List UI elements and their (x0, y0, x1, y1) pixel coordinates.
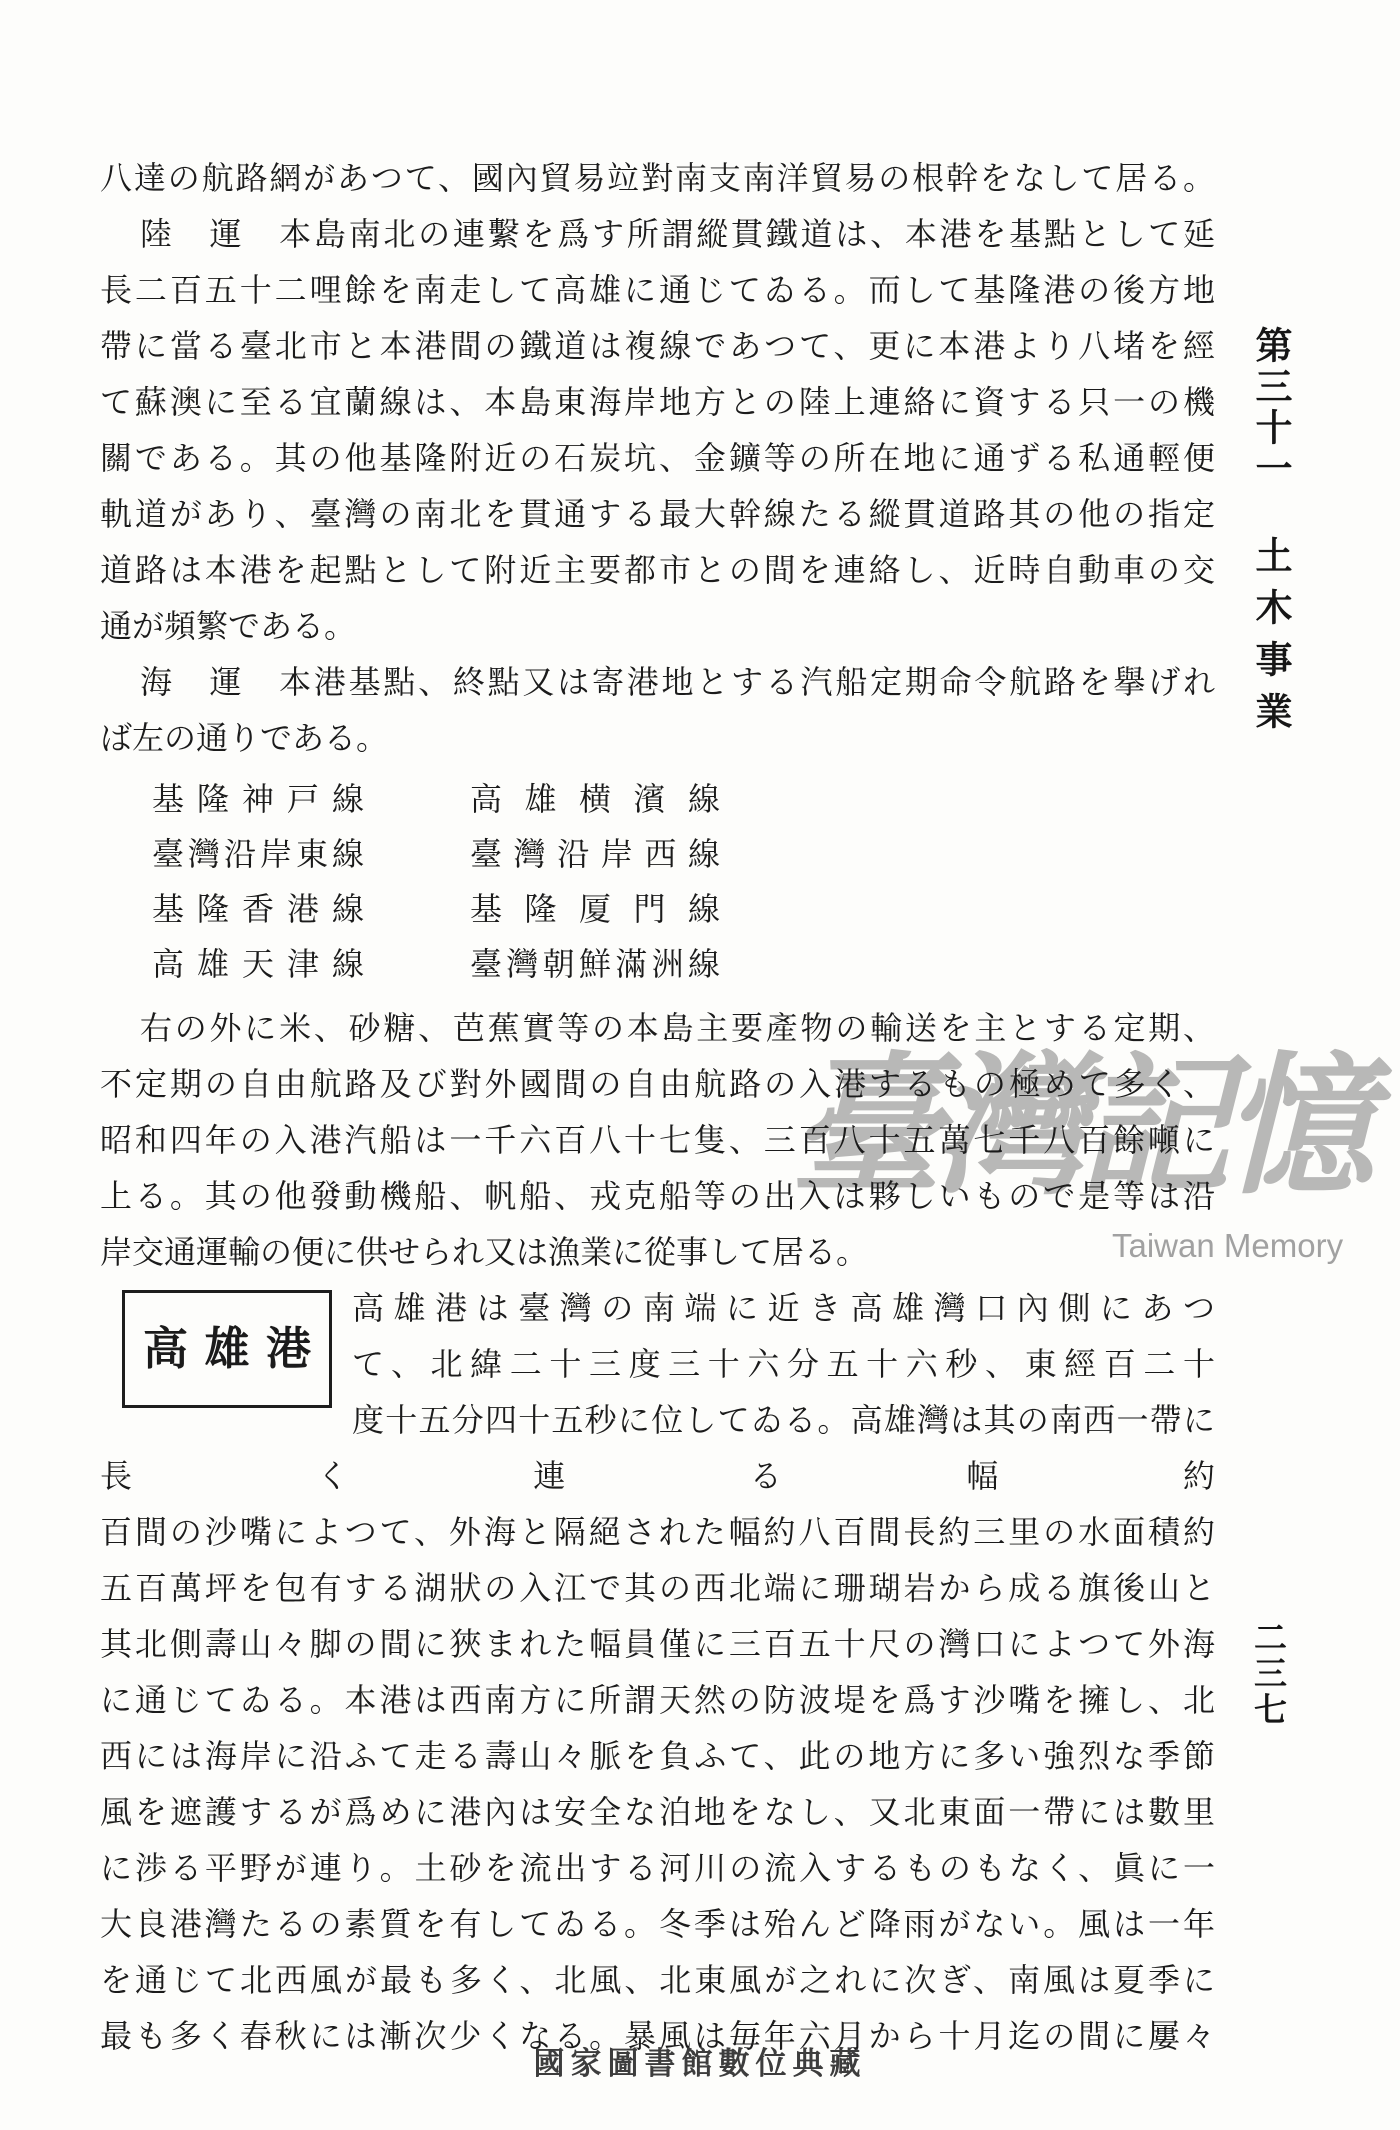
page-number: 二三七 (1244, 1620, 1291, 1728)
body-line: 昭和四年の入港汽船は一千六百八十七隻、三百八十五萬七千八百餘噸に (100, 1112, 1215, 1168)
footer-caption: 國家圖書館數位典藏 (0, 2038, 1400, 2083)
shipping-route-item: 高雄横濱線 (470, 772, 720, 827)
section-title-box: 高雄港 (122, 1290, 332, 1408)
body-line: 五百萬坪を包有する湖狀の入江で其の西北端に珊瑚岩から成る旗後山と (100, 1560, 1215, 1616)
body-line: 西には海岸に沿ふて走る壽山々脈を負ふて、此の地方に多い強烈な季節 (100, 1728, 1215, 1784)
body-line-land-transport-heading: 陸 運 本島南北の連繫を爲す所謂縱貫鐵道は、本港を基點として延 (100, 206, 1215, 262)
body-line: 度十五分四十五秒に位してゐる。高雄灣は其の南西一帶に長く連る幅約 (100, 1392, 1215, 1504)
shipping-routes-row: 基隆香港線 基隆厦門線 (100, 882, 1215, 937)
body-line: 風を遮護するが爲めに港內は安全な泊地をなし、又北東面一帶には數里 (100, 1784, 1215, 1840)
chapter-number-label: 第三十一 (1249, 326, 1290, 490)
body-line: 不定期の自由航路及び對外國間の自由航路の入港するもの極めて多く、 (100, 1056, 1215, 1112)
shipping-route-item: 臺灣沿岸東線 (152, 827, 364, 882)
body-line: 百間の沙嘴によつて、外海と隔絕された幅約八百間長約三里の水面積約 (100, 1504, 1215, 1560)
body-line: 大良港灣たるの素質を有してゐる。冬季は殆んど降雨がない。風は一年 (100, 1896, 1215, 1952)
body-line: に通じてゐる。本港は西南方に所謂天然の防波堤を爲す沙嘴を擁し、北 (100, 1672, 1215, 1728)
shipping-route-item: 基隆厦門線 (470, 882, 720, 937)
body-line: 八達の航路網があつて、國內貿易竝對南支南洋貿易の根幹をなして居る。 (100, 150, 1215, 206)
shipping-routes-row: 高雄天津線 臺灣朝鮮滿洲線 (100, 937, 1215, 992)
body-line: 帶に當る臺北市と本港間の鐵道は複線であつて、更に本港より八堵を經 (100, 318, 1215, 374)
body-line: 通が頻繁である。 (100, 598, 1215, 654)
body-line-sea-transport-heading: 海 運 本港基點、終點又は寄港地とする汽船定期命令航路を擧げれ (100, 654, 1215, 710)
shipping-route-item: 高雄天津線 (152, 937, 364, 992)
body-line: て蘇澳に至る宜蘭線は、本島東海岸地方との陸上連絡に資する只一の機 (100, 374, 1215, 430)
body-line: 軌道があり、臺灣の南北を貫通する最大幹線たる縱貫道路其の他の指定 (100, 486, 1215, 542)
shipping-route-item: 基隆神戸線 (152, 772, 364, 827)
section-title-takao-port: 高雄港 (143, 1327, 311, 1372)
shipping-route-item: 臺灣沿岸西線 (470, 827, 720, 882)
body-line: に渉る平野が連り。土砂を流出する河川の流入するものもなく、眞に一 (100, 1840, 1215, 1896)
body-line: を通じて北西風が最も多く、北風、北東風が之れに次ぎ、南風は夏季に (100, 1952, 1215, 2008)
body-line: ば左の通りである。 (100, 710, 1215, 766)
shipping-routes-list: 基隆神戸線 高雄横濱線 臺灣沿岸東線 臺灣沿岸西線 基隆香港線 基隆厦門線 高雄… (100, 772, 1215, 992)
body-line: 上る。其の他發動機船、帆船、戎克船等の出入は夥しいもので是等は沿 (100, 1168, 1215, 1224)
scanned-book-page: 臺灣記憶 Taiwan Memory 第三十一土木事業 二三七 八達の航路網があ… (0, 0, 1400, 2130)
body-line: 關である。其の他基隆附近の石炭坑、金鑛等の所在地に通ずる私通輕便 (100, 430, 1215, 486)
shipping-route-item: 基隆香港線 (152, 882, 364, 937)
body-line: 岸交通運輸の便に供せられ又は漁業に從事して居る。 (100, 1224, 1215, 1280)
body-line: 長二百五十二哩餘を南走して高雄に通じてゐる。而して基隆港の後方地 (100, 262, 1215, 318)
body-line: 其北側壽山々脚の間に狹まれた幅員僅に三百五十尺の灣口によつて外海 (100, 1616, 1215, 1672)
chapter-title-label: 土木事業 (1242, 536, 1296, 744)
shipping-routes-row: 基隆神戸線 高雄横濱線 (100, 772, 1215, 827)
body-text-column: 八達の航路網があつて、國內貿易竝對南支南洋貿易の根幹をなして居る。 陸 運 本島… (100, 150, 1215, 2064)
shipping-route-item: 臺灣朝鮮滿洲線 (470, 937, 720, 992)
body-line: 道路は本港を起點として附近主要都市との間を連絡し、近時自動車の交 (100, 542, 1215, 598)
margin-labels: 第三十一土木事業 (1242, 326, 1296, 744)
body-line: 右の外に米、砂糖、芭蕉實等の本島主要產物の輸送を主とする定期、 (100, 1000, 1215, 1056)
shipping-routes-row: 臺灣沿岸東線 臺灣沿岸西線 (100, 827, 1215, 882)
